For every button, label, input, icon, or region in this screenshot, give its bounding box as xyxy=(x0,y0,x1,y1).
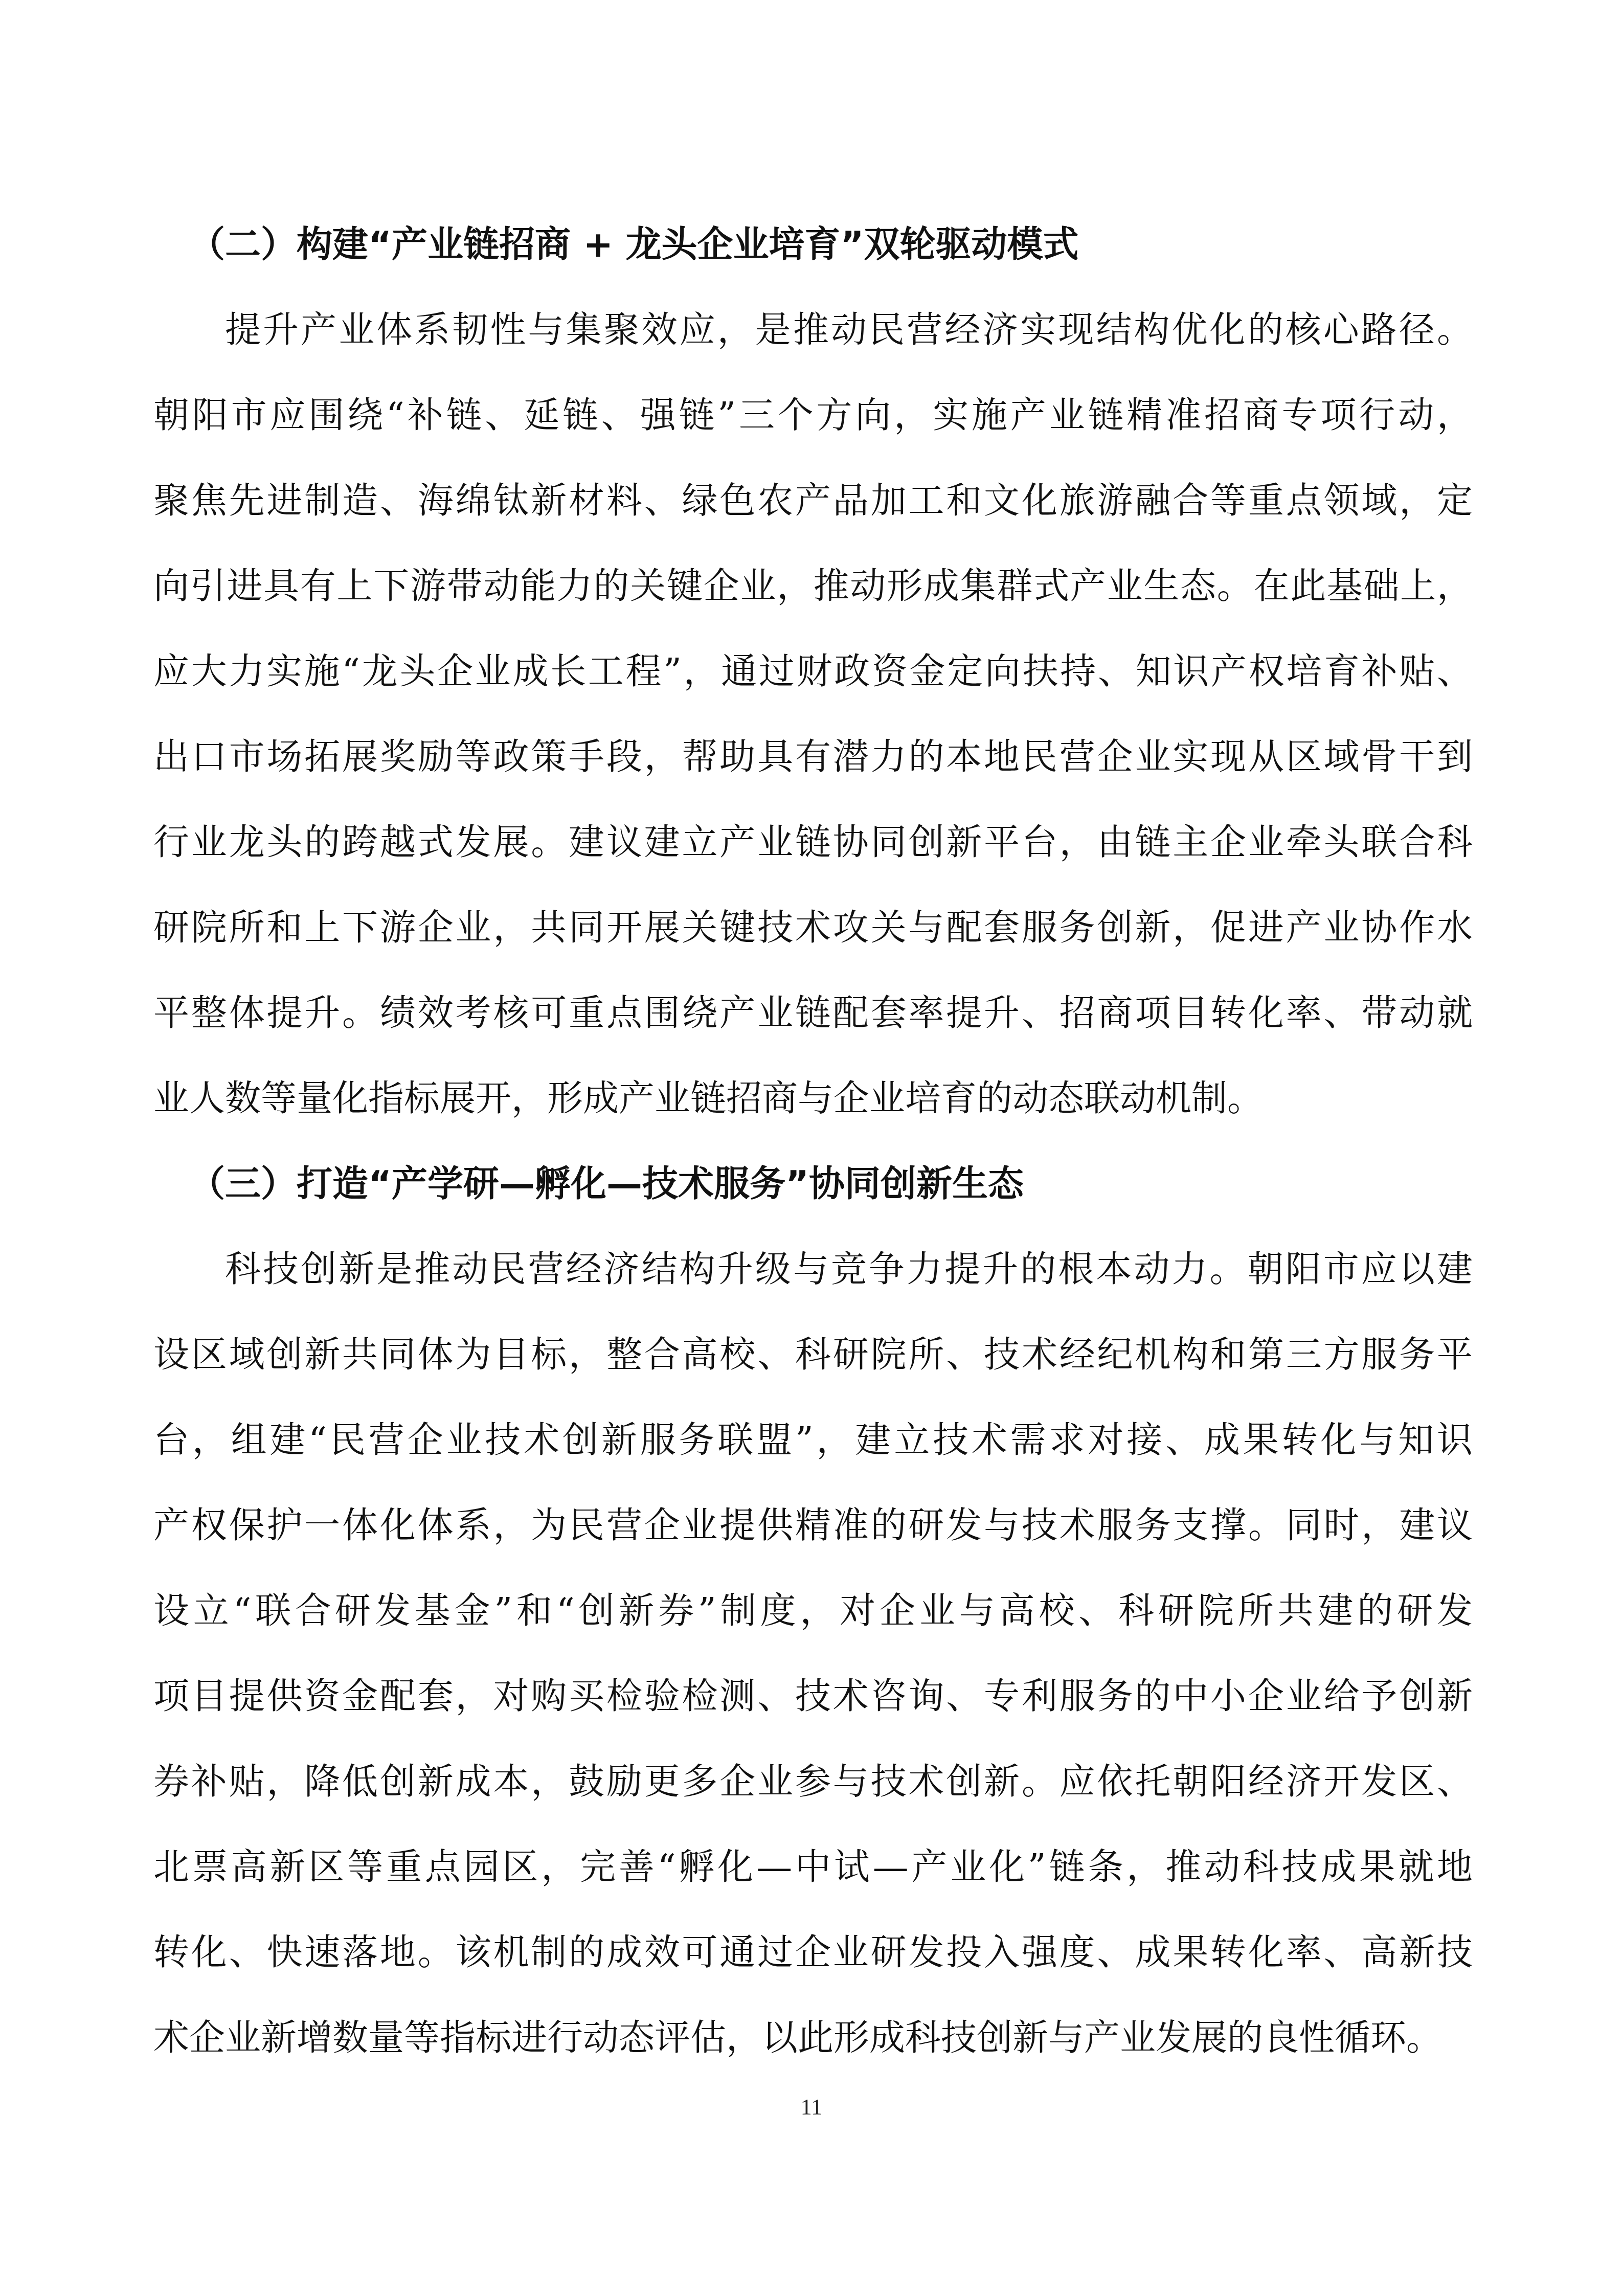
paragraph-line: 术企业新增数量等指标进行动态评估，以此形成科技创新与产业发展的良性循环。 xyxy=(153,1995,1473,2081)
paragraph-line: 台，组建“民营企业技术创新服务联盟”，建立技术需求对接、成果转化与知识 xyxy=(153,1398,1473,1483)
paragraph-line: 提升产业体系韧性与集聚效应，是推动民营经济实现结构优化的核心路径。 xyxy=(153,287,1473,373)
paragraph-line: 券补贴，降低创新成本，鼓励更多企业参与技术创新。应依托朝阳经济开发区、 xyxy=(153,1739,1473,1825)
paragraph-line: 产权保护一体化体系，为民营企业提供精准的研发与技术服务支撑。同时，建议 xyxy=(153,1483,1473,1568)
document-body: （二）构建“产业链招商 + 龙头企业培育”双轮驱动模式 提升产业体系韧性与集聚效… xyxy=(153,202,1473,2081)
section-heading-2: （二）构建“产业链招商 + 龙头企业培育”双轮驱动模式 xyxy=(153,202,1473,287)
page-number: 11 xyxy=(0,2094,1623,2120)
section-heading-3: （三）打造“产学研—孵化—技术服务”协同创新生态 xyxy=(153,1141,1473,1227)
paragraph-line: 平整体提升。绩效考核可重点围绕产业链配套率提升、招商项目转化率、带动就 xyxy=(153,971,1473,1056)
paragraph-line: 业人数等量化指标展开，形成产业链招商与企业培育的动态联动机制。 xyxy=(153,1056,1473,1141)
document-page: （二）构建“产业链招商 + 龙头企业培育”双轮驱动模式 提升产业体系韧性与集聚效… xyxy=(0,0,1623,2296)
paragraph-line: 科技创新是推动民营经济结构升级与竞争力提升的根本动力。朝阳市应以建 xyxy=(153,1227,1473,1312)
paragraph-line: 应大力实施“龙头企业成长工程”，通过财政资金定向扶持、知识产权培育补贴、 xyxy=(153,629,1473,714)
paragraph-line: 北票高新区等重点园区，完善“孵化—中试—产业化”链条，推动科技成果就地 xyxy=(153,1825,1473,1910)
paragraph-line: 研院所和上下游企业，共同开展关键技术攻关与配套服务创新，促进产业协作水 xyxy=(153,885,1473,971)
paragraph-line: 设区域创新共同体为目标，整合高校、科研院所、技术经纪机构和第三方服务平 xyxy=(153,1312,1473,1398)
paragraph-line: 设立“联合研发基金”和“创新券”制度，对企业与高校、科研院所共建的研发 xyxy=(153,1568,1473,1654)
paragraph-line: 向引进具有上下游带动能力的关键企业，推动形成集群式产业生态。在此基础上， xyxy=(153,544,1473,629)
paragraph-line: 转化、快速落地。该机制的成效可通过企业研发投入强度、成果转化率、高新技 xyxy=(153,1910,1473,1995)
paragraph-line: 行业龙头的跨越式发展。建议建立产业链协同创新平台，由链主企业牵头联合科 xyxy=(153,800,1473,885)
paragraph-line: 出口市场拓展奖励等政策手段，帮助具有潜力的本地民营企业实现从区域骨干到 xyxy=(153,714,1473,800)
paragraph-line: 聚焦先进制造、海绵钛新材料、绿色农产品加工和文化旅游融合等重点领域，定 xyxy=(153,458,1473,544)
paragraph-line: 朝阳市应围绕“补链、延链、强链”三个方向，实施产业链精准招商专项行动， xyxy=(153,373,1473,458)
paragraph-line: 项目提供资金配套，对购买检验检测、技术咨询、专利服务的中小企业给予创新 xyxy=(153,1654,1473,1739)
